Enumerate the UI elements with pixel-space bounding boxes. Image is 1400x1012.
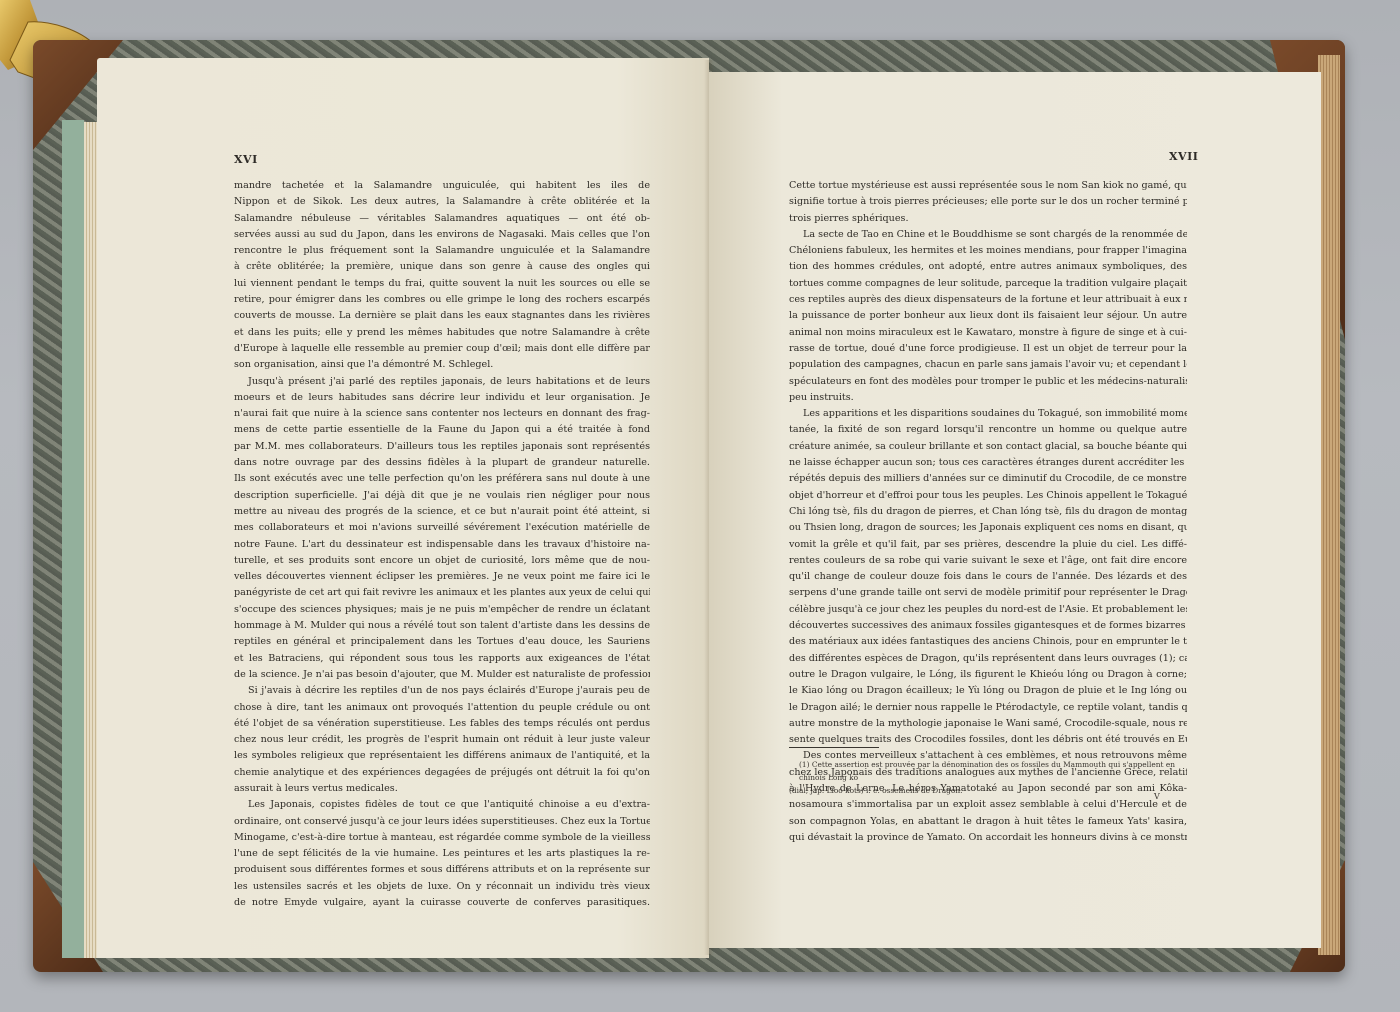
text-line: à crête oblitérée; la première, unique d…: [234, 259, 650, 275]
text-line: son organisation, ainsi que l'a démontré…: [234, 357, 650, 373]
text-line: la puissance de porter bonheur aux lieux…: [789, 308, 1187, 324]
page-edges-left: [84, 122, 98, 958]
text-line: nosamoura s'immortalisa par un exploit a…: [789, 797, 1187, 813]
text-line: des différentes espèces de Dragon, qu'il…: [789, 651, 1187, 667]
text-line: velles découvertes viennent éclipser les…: [234, 569, 650, 585]
text-line: dans notre ouvrage par des dessins fidèl…: [234, 455, 650, 471]
text-line: tortues comme compagnes de leur solitude…: [789, 276, 1187, 292]
text-line: de la science. Je n'ai pas besoin d'ajou…: [234, 667, 650, 683]
text-line: animal non moins miraculeux est le Kawat…: [789, 325, 1187, 341]
text-line: Chéloniens fabuleux, les hermites et les…: [789, 243, 1187, 259]
right-page[interactable]: XVII Cette tortue mystérieuse est aussi …: [709, 72, 1321, 948]
text-line: trois pierres sphériques.: [789, 211, 1187, 227]
text-line: rentes couleurs de sa robe qui varie sui…: [789, 553, 1187, 569]
text-line: spéculateurs en font des modèles pour tr…: [789, 374, 1187, 390]
text-line: d'Europe à laquelle elle ressemble au pr…: [234, 341, 650, 357]
text-line: sente quelques traits des Crocodiles fos…: [789, 732, 1187, 748]
text-line: retire, pour émigrer dans les combres ou…: [234, 292, 650, 308]
text-line: répétés depuis des milliers d'années sur…: [789, 471, 1187, 487]
text-line: Cette tortue mystérieuse est aussi repré…: [789, 178, 1187, 194]
footnote: (1) Cette assertion est prouvée par la d…: [789, 758, 1189, 797]
text-line: ordinaire, ont conservé jusqu'à ce jour …: [234, 814, 650, 830]
text-line: son compagnon Yolas, en abattant le drag…: [789, 814, 1187, 830]
text-line: le Dragon ailé; le dernier nous rappelle…: [789, 700, 1187, 716]
text-line: rencontre le plus fréquement sont la Sal…: [234, 243, 650, 259]
text-line: population des campagnes, chacun en parl…: [789, 357, 1187, 373]
text-line: ne laisse échapper aucun son; tous ces c…: [789, 455, 1187, 471]
text-line: Minogame, c'est-à-dire tortue à manteau,…: [234, 830, 650, 846]
text-line: reptiles en général et principalement da…: [234, 634, 650, 650]
text-line: lui viennent pendant le temps du frai, q…: [234, 276, 650, 292]
text-line: Jusqu'à présent j'ai parlé des reptiles …: [234, 374, 650, 390]
text-line: mens de cette partie essentielle de la F…: [234, 422, 650, 438]
page-number-left: XVI: [234, 153, 258, 166]
text-line: Les Japonais, copistes fidèles de tout c…: [234, 797, 650, 813]
footnote-line: (dial, jap. Lioo kots) i. e. ossemens de…: [789, 784, 1189, 797]
left-page[interactable]: XVI mandre tachetée et la Salamandre ung…: [97, 58, 709, 958]
text-line: chose à dire, tant les animaux ont provo…: [234, 700, 650, 716]
text-line: notre Faune. L'art du dessinateur est in…: [234, 537, 650, 553]
text-line: serpens d'une grande taille ont servi de…: [789, 585, 1187, 601]
text-line: s'occupe des sciences physiques; mais je…: [234, 602, 650, 618]
right-page-text: Cette tortue mystérieuse est aussi repré…: [789, 178, 1187, 846]
text-line: le Kiao lóng ou Dragon écailleux; le Yù …: [789, 683, 1187, 699]
text-line: n'aurai fait que nuire à la science sans…: [234, 406, 650, 422]
text-line: créature animée, sa couleur brillante et…: [789, 439, 1187, 455]
signature-mark: V: [1154, 792, 1160, 801]
text-line: Salamandre nébuleuse — véritables Salama…: [234, 211, 650, 227]
text-line: ou Thsien long, dragon de sources; les J…: [789, 520, 1187, 536]
text-line: et dans les puits; elle y prend les même…: [234, 325, 650, 341]
text-line: les ustensiles sacrés et les objets de l…: [234, 879, 650, 895]
text-line: qu'il change de couleur douze fois dans …: [789, 569, 1187, 585]
text-line: qui dévastait la province de Yamato. On …: [789, 830, 1187, 846]
text-line: des matériaux aux idées fantastiques des…: [789, 634, 1187, 650]
text-line: signifie tortue à trois pierres précieus…: [789, 194, 1187, 210]
text-line: été l'objet de sa vénération superstitie…: [234, 716, 650, 732]
text-line: assurait à leurs vertus medicales.: [234, 781, 650, 797]
text-line: de notre Emyde vulgaire, ayant la cuiras…: [234, 895, 650, 911]
text-line: rasse de tortue, doué d'une force prodig…: [789, 341, 1187, 357]
text-line: autre monstre de la mythologie japonaise…: [789, 716, 1187, 732]
text-line: découvertes successives des animaux foss…: [789, 618, 1187, 634]
text-line: ces reptiles auprès des dieux dispensate…: [789, 292, 1187, 308]
text-line: hommage à M. Mulder qui nous a révélé to…: [234, 618, 650, 634]
text-line: Les apparitions et les disparitions soud…: [789, 406, 1187, 422]
text-line: Chi lóng tsè, fils du dragon de pierres,…: [789, 504, 1187, 520]
text-line: et les Batraciens, qui répondent sous to…: [234, 651, 650, 667]
text-line: célèbre jusqu'à ce jour chez les peuples…: [789, 602, 1187, 618]
footnote-rule: [789, 747, 879, 748]
text-line: couverts de mousse. La dernière se plait…: [234, 308, 650, 324]
footnote-line: (1) Cette assertion est prouvée par la d…: [789, 758, 1189, 784]
text-line: Ils sont exécutés avec une telle perfect…: [234, 471, 650, 487]
text-line: tanée, la fixité de son regard lorsqu'il…: [789, 422, 1187, 438]
text-line: chez nous leur crédit, les progrès de l'…: [234, 732, 650, 748]
text-line: turelle, et ses produits sont encore un …: [234, 553, 650, 569]
page-edges-right: [1318, 55, 1340, 955]
text-line: mettre au niveau des progrés de la scien…: [234, 504, 650, 520]
text-line: moeurs et de leurs habitudes sans décrir…: [234, 390, 650, 406]
page-number-right: XVII: [1169, 150, 1198, 163]
text-line: panégyriste de cet art qui fait revivre …: [234, 585, 650, 601]
text-line: par M.M. mes collaborateurs. D'ailleurs …: [234, 439, 650, 455]
text-line: Si j'avais à décrire les reptiles d'un d…: [234, 683, 650, 699]
text-line: description superficielle. J'ai déjà dit…: [234, 488, 650, 504]
text-line: objet d'horreur et d'effroi pour tous le…: [789, 488, 1187, 504]
text-line: outre le Dragon vulgaire, le Lóng, ils f…: [789, 667, 1187, 683]
text-line: peu instruits.: [789, 390, 1187, 406]
text-line: vomit la grêle et qu'il fait, par ses pr…: [789, 537, 1187, 553]
text-line: mandre tachetée et la Salamandre unguicu…: [234, 178, 650, 194]
left-page-text: mandre tachetée et la Salamandre unguicu…: [234, 178, 650, 911]
text-line: les symboles religieux que représentaien…: [234, 748, 650, 764]
text-line: Nippon et de Sikok. Les deux autres, la …: [234, 194, 650, 210]
text-line: l'une de sept félicités de la vie humain…: [234, 846, 650, 862]
text-line: mes collaborateurs et moi n'avions surve…: [234, 520, 650, 536]
text-line: La secte de Tao en Chine et le Bouddhism…: [789, 227, 1187, 243]
text-line: servées aussi au sud du Japon, dans les …: [234, 227, 650, 243]
green-endpaper: [62, 120, 84, 958]
text-line: produisent sous différentes formes et so…: [234, 862, 650, 878]
text-line: tion des hommes crédules, ont adopté, en…: [789, 259, 1187, 275]
text-line: chemie analytique et des expériences deg…: [234, 765, 650, 781]
